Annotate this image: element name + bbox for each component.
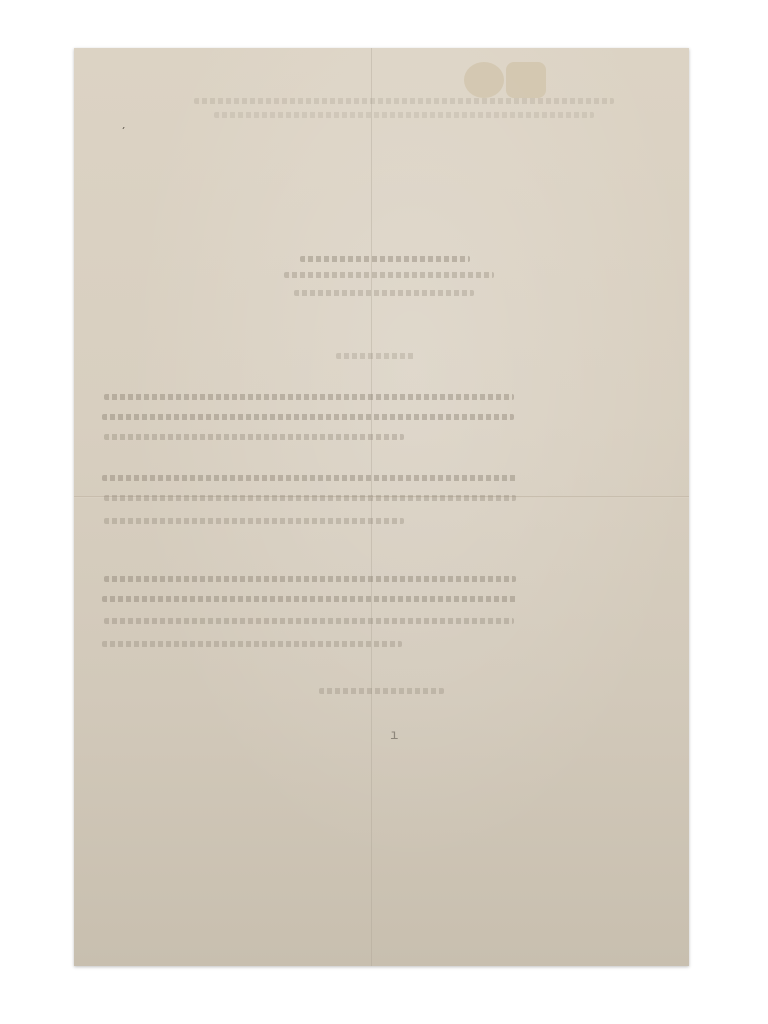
signature-mark: ı bbox=[390, 728, 398, 744]
paragraph-line bbox=[104, 434, 404, 440]
vertical-crease bbox=[371, 48, 372, 966]
letterhead-line bbox=[214, 112, 594, 118]
paragraph-line bbox=[102, 641, 402, 647]
closing-line bbox=[319, 688, 444, 694]
salutation-line bbox=[336, 353, 416, 359]
paragraph-line bbox=[104, 618, 514, 624]
paragraph-line bbox=[102, 596, 517, 602]
paragraph-line bbox=[104, 495, 516, 501]
letterhead-line bbox=[194, 98, 614, 104]
paragraph-line bbox=[102, 414, 514, 420]
ink-speck: ˊ bbox=[120, 126, 127, 140]
seal-stamp-icon bbox=[464, 62, 504, 98]
address-line bbox=[284, 272, 494, 278]
address-line bbox=[294, 290, 474, 296]
paragraph-line bbox=[104, 394, 514, 400]
paragraph-line bbox=[102, 475, 517, 481]
paragraph-line bbox=[104, 518, 404, 524]
paragraph-line bbox=[104, 576, 516, 582]
document-page: ı ˊ bbox=[74, 48, 689, 966]
address-line bbox=[300, 256, 470, 262]
rectangular-stamp-icon bbox=[506, 62, 546, 98]
